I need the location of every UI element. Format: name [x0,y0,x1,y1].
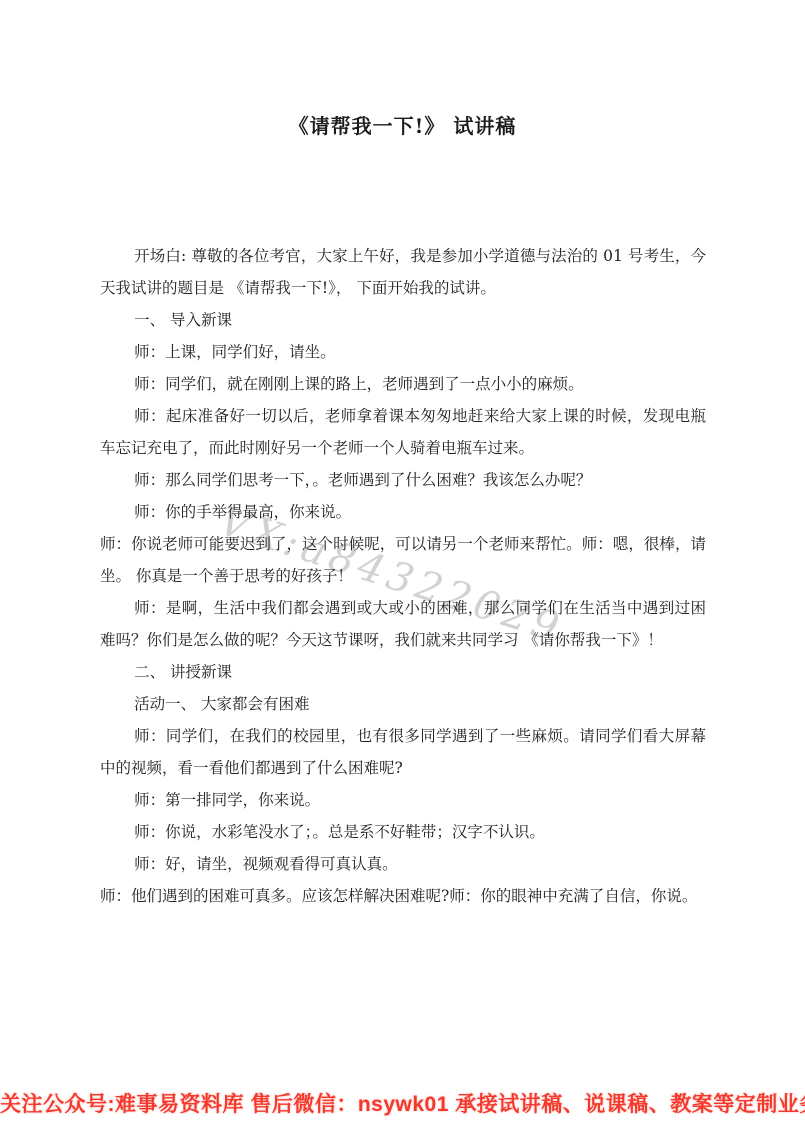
paragraph: 二、 讲授新课 [100,656,706,688]
paragraph: 师：那么同学们思考一下，。老师遇到了什么困难？我该怎么办呢？ [100,464,706,496]
paragraph: 师：好，请坐，视频观看得可真认真。 [100,848,706,880]
paragraph: 活动一、 大家都会有困难 [100,688,706,720]
paragraph: 师：你说，水彩笔没水了；。总是系不好鞋带；汉字不认识。 [100,816,706,848]
paragraph: 师：他们遇到的困难可真多。应该怎样解决困难呢?师：你的眼神中充满了自信，你说。 [100,880,706,912]
paragraph: 师：你说老师可能要迟到了，这个时候呢，可以请另一个老师来帮忙。师：嗯，很棒，请坐… [100,528,706,592]
page-title: 《请帮我一下!》 试讲稿 [0,110,805,139]
paragraph: 开场白: 尊敬的各位考官，大家上午好，我是参加小学道德与法治的 01 号考生，今… [100,240,706,304]
paragraph: 师：同学们，就在刚刚上课的路上，老师遇到了一点小小的麻烦。 [100,368,706,400]
paragraph: 师：是啊，生活中我们都会遇到或大或小的困难，那么同学们在生活当中遇到过困难吗？你… [100,592,706,656]
paragraph: 师：上课，同学们好，请坐。 [100,336,706,368]
footer-banner: 关注公众号:难事易资料库 售后微信：nsywk01 承接试讲稿、说课稿、教案等定… [0,1088,805,1118]
document-body: 开场白: 尊敬的各位考官，大家上午好，我是参加小学道德与法治的 01 号考生，今… [100,240,706,912]
paragraph: 师：起床准备好一切以后，老师拿着课本匆匆地赶来给大家上课的时候，发现电瓶车忘记充… [100,400,706,464]
paragraph: 一、 导入新课 [100,304,706,336]
paragraph: 师：同学们，在我们的校园里，也有很多同学遇到了一些麻烦。请同学们看大屏幕中的视频… [100,720,706,784]
paragraph: 师：你的手举得最高，你来说。 [100,496,706,528]
paragraph: 师：第一排同学，你来说。 [100,784,706,816]
document-page: 《请帮我一下!》 试讲稿 VX:a84322029 开场白: 尊敬的各位考官，大… [0,0,805,1122]
